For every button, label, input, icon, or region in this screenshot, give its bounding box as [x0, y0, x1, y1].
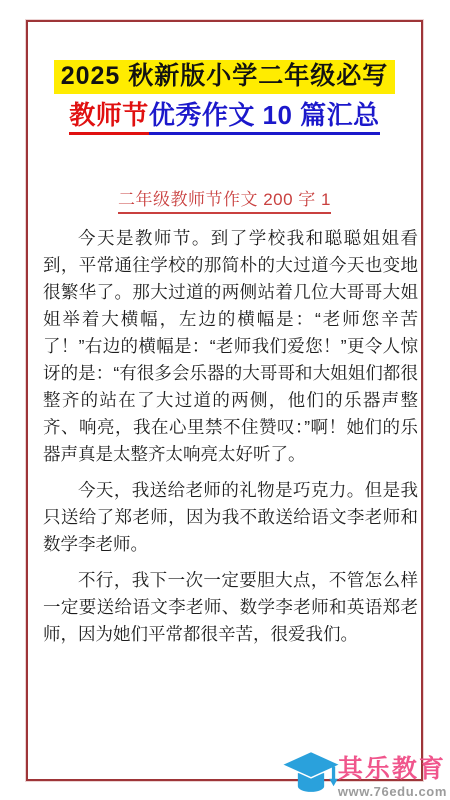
essay-paragraph-2: 今天，我送给老师的礼物是巧克力。但是我只送给了郑老师，因为我不敢送给语文李老师和…: [43, 477, 418, 558]
page-content: 2025 秋新版小学二年级必写 教师节优秀作文 10 篇汇总 二年级教师节作文 …: [28, 22, 421, 779]
brand-watermark: 其乐教育 www.76edu.com: [280, 750, 447, 798]
essay-title: 二年级教师节作文 200 字 1: [28, 185, 421, 214]
watermark-website-url: www.76edu.com: [338, 785, 447, 798]
headline-subtitle: 教师节优秀作文 10 篇汇总: [28, 101, 421, 135]
header: 2025 秋新版小学二年级必写 教师节优秀作文 10 篇汇总: [28, 60, 421, 135]
headline-banner: 2025 秋新版小学二年级必写: [28, 60, 421, 94]
essay-body: 今天是教师节。到了学校我和聪聪姐姐看到，平常通往学校的那简朴的大过道今天也变地很…: [43, 225, 418, 648]
headline-subtitle-festival: 教师节: [69, 101, 149, 135]
essay-paragraph-3: 不行，我下一次一定要胆大点，不管怎么样一定要送给语文李老师、数学李老师和英语郑老…: [43, 567, 418, 648]
headline-subtitle-rest: 优秀作文 10 篇汇总: [149, 101, 380, 135]
essay-title-text: 二年级教师节作文 200 字 1: [118, 185, 331, 214]
watermark-brand-name: 其乐教育: [338, 757, 447, 782]
essay-page: 2025 秋新版小学二年级必写 教师节优秀作文 10 篇汇总 二年级教师节作文 …: [0, 0, 450, 800]
graduation-cap-icon: [280, 750, 342, 800]
watermark-text-block: 其乐教育 www.76edu.com: [338, 757, 447, 798]
headline-highlighted-text: 2025 秋新版小学二年级必写: [54, 60, 396, 94]
essay-paragraph-1: 今天是教师节。到了学校我和聪聪姐姐看到，平常通往学校的那简朴的大过道今天也变地很…: [43, 225, 418, 468]
